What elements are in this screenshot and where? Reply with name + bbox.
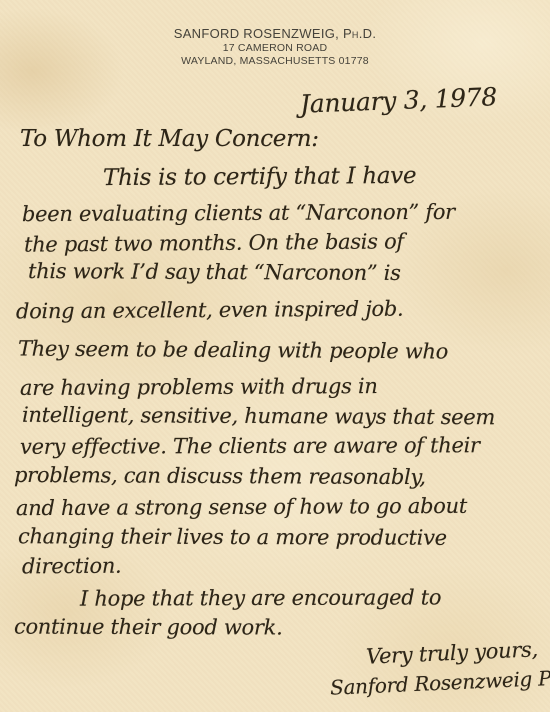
letter-body-line: and have a strong sense of how to go abo…: [16, 494, 467, 520]
letter-body-line: continue their good work.: [14, 615, 283, 640]
letterhead: SANFORD ROSENZWEIG, Ph.D. 17 CAMERON ROA…: [0, 27, 550, 67]
letter-body-line: very effective. The clients are aware of…: [20, 433, 480, 459]
letter-page: SANFORD ROSENZWEIG, Ph.D. 17 CAMERON ROA…: [0, 0, 550, 712]
letter-body-line: problems, can discuss them reasonably,: [14, 463, 426, 489]
letter-closing: Very truly yours,: [366, 637, 539, 668]
letter-body-line: changing their lives to a more productiv…: [18, 524, 447, 549]
letterhead-name: SANFORD ROSENZWEIG, Ph.D.: [0, 27, 550, 41]
letter-body-line: doing an excellent, even inspired job.: [16, 297, 404, 324]
letter-body-line: been evaluating clients at “Narconon” fo…: [22, 200, 455, 226]
letter-body-line: direction.: [22, 554, 122, 579]
letterhead-address-line1: 17 CAMERON ROAD: [0, 42, 550, 54]
letter-date: January 3, 1978: [300, 82, 498, 119]
letterhead-address-line2: WAYLAND, MASSACHUSETTS 01778: [0, 55, 550, 67]
letter-signature: Sanford Rosenzweig Ph.D.: [330, 664, 550, 699]
letter-body-line: This is to certify that I have: [103, 163, 416, 191]
letter-body-line: I hope that they are encouraged to: [80, 585, 441, 610]
letter-body-line: are having problems with drugs in: [20, 374, 378, 400]
letter-body-line: this work I’d say that “Narconon” is: [28, 259, 401, 285]
letter-salutation: To Whom It May Concern:: [20, 126, 319, 152]
letter-body-line: the past two months. On the basis of: [24, 229, 404, 256]
letter-body-line: intelligent, sensitive, humane ways that…: [22, 403, 495, 429]
letter-body-line: They seem to be dealing with people who: [18, 336, 448, 363]
